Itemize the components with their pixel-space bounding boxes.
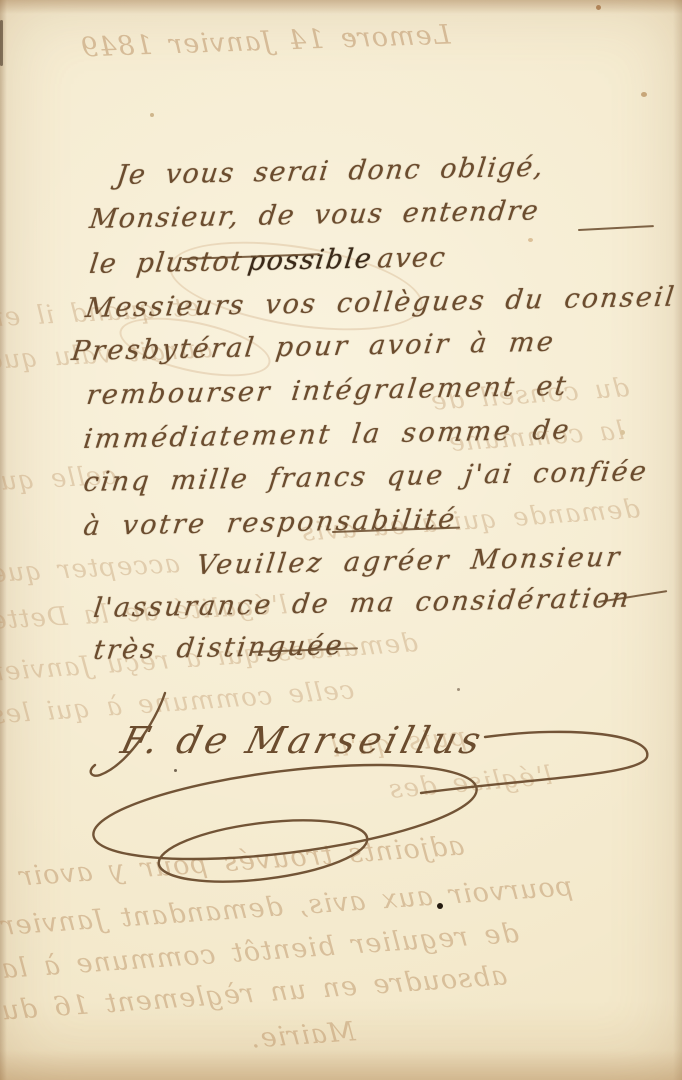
letter-line: Je vous serai donc obligé, [115, 154, 546, 189]
letter-line: Messieurs vos collègues du conseil [84, 284, 677, 322]
letter-line: cinq mille francs que j'ai confiée [82, 458, 650, 496]
pen-stroke [578, 225, 654, 231]
letter-line-emphasized-word: possible [246, 243, 374, 276]
bleedthrough-text: accepter que [0, 551, 181, 587]
bleedthrough-dateline: Lemore 14 Janvier 1849 [80, 22, 451, 62]
foxing-spot [596, 5, 601, 10]
foxing-spot [348, 33, 352, 37]
signature-name: F. de Marseillus [116, 719, 489, 762]
letter-closing-line: l'assurance de ma considération [92, 585, 632, 622]
letter-closing-line: Veuillez agréer Monsieur [195, 544, 623, 579]
ink-speck [174, 769, 177, 772]
ink-speck [457, 688, 460, 691]
letter-line: le plustotpossibleavec [88, 244, 448, 278]
letter-line: Presbytéral pour avoir à me [70, 329, 557, 365]
foxing-spot [641, 92, 647, 97]
letter-line-part: avec [376, 242, 449, 274]
signature: F. de Marseillus [55, 675, 665, 945]
bleedthrough-bottom-line: Mairie. [249, 1018, 356, 1052]
letter-line: Monsieur, de vous entendre [88, 197, 541, 233]
foxing-spot [150, 113, 154, 117]
foxing-spot [528, 238, 533, 242]
letter-page: Lemore 14 Janvier 1849 et quand il en au… [0, 0, 682, 1080]
letter-line: à votre responsabilité [82, 506, 459, 540]
scan-edge-mark [0, 20, 3, 66]
signature-flourish-upper-loop [88, 748, 481, 876]
ink-dot [437, 903, 443, 909]
foxing-spot [620, 430, 625, 435]
signature-flourish-lower-loop [155, 810, 370, 891]
letter-line-part: le plustot [88, 246, 245, 280]
